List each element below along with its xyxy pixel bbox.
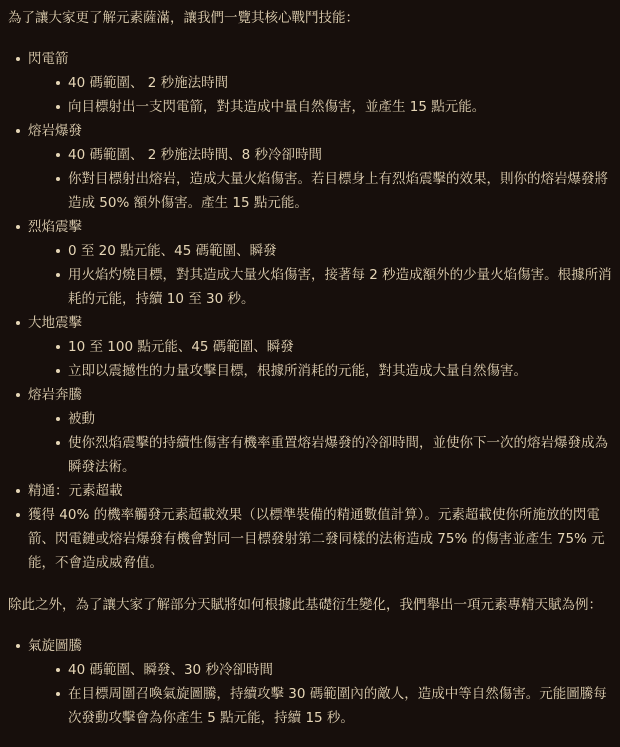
bullet-icon bbox=[56, 153, 60, 157]
mastery-description: 獲得 40% 的機率觸發元素超載效果（以標準裝備的精通數值計算）。元素超載使你所… bbox=[28, 503, 612, 575]
mastery-title: 精通：元素超載 bbox=[28, 479, 612, 503]
skill-item: 閃電箭 40 碼範圍、 2 秒施法時間 向目標射出一支閃電箭，對其造成中量自然傷… bbox=[8, 47, 612, 119]
skill-description: 你對目標射出熔岩，造成大量火焰傷害。若目標身上有烈焰震擊的效果，則你的熔岩爆發將… bbox=[68, 167, 612, 215]
bullet-icon bbox=[16, 57, 20, 61]
bullet-icon bbox=[16, 129, 20, 133]
skill-stats: 40 碼範圍、 2 秒施法時間 bbox=[68, 71, 612, 95]
skill-description: 向目標射出一支閃電箭，對其造成中量自然傷害，並產生 15 點元能。 bbox=[68, 95, 612, 119]
bullet-icon bbox=[56, 177, 60, 181]
skill-description: 立即以震撼性的力量攻擊目標，根據所消耗的元能，對其造成大量自然傷害。 bbox=[68, 359, 612, 383]
talent-name: 氣旋圖騰 bbox=[28, 634, 612, 658]
skill-detail: 40 碼範圍、 2 秒施法時間 bbox=[28, 71, 612, 95]
skill-detail: 立即以震撼性的力量攻擊目標，根據所消耗的元能，對其造成大量自然傷害。 bbox=[28, 359, 612, 383]
bullet-icon bbox=[16, 225, 20, 229]
skill-description: 使你烈焰震擊的持續性傷害有機率重置熔岩爆發的冷卻時間，並使你下一次的熔岩爆發成為… bbox=[68, 431, 612, 479]
skill-name: 熔岩爆發 bbox=[28, 119, 612, 143]
talent-description: 在目標周圍召喚氣旋圖騰，持續攻擊 30 碼範圍內的敵人，造成中等自然傷害。元能圖… bbox=[68, 682, 612, 730]
skill-item: 大地震擊 10 至 100 點元能、45 碼範圍、瞬發 立即以震撼性的力量攻擊目… bbox=[8, 311, 612, 383]
bullet-icon bbox=[56, 81, 60, 85]
skill-item: 烈焰震擊 0 至 20 點元能、45 碼範圍、瞬發 用火焰灼燒目標，對其造成大量… bbox=[8, 215, 612, 311]
skill-details-list: 被動 使你烈焰震擊的持續性傷害有機率重置熔岩爆發的冷卻時間，並使你下一次的熔岩爆… bbox=[28, 407, 612, 479]
skill-stats: 被動 bbox=[68, 407, 612, 431]
talent-details-list: 40 碼範圍、瞬發、30 秒冷卻時間 在目標周圍召喚氣旋圖騰，持續攻擊 30 碼… bbox=[28, 658, 612, 730]
talent-detail: 40 碼範圍、瞬發、30 秒冷卻時間 bbox=[28, 658, 612, 682]
skill-detail: 0 至 20 點元能、45 碼範圍、瞬發 bbox=[28, 239, 612, 263]
talent-stats: 40 碼範圍、瞬發、30 秒冷卻時間 bbox=[68, 658, 612, 682]
bullet-icon bbox=[56, 668, 60, 672]
bullet-icon bbox=[56, 369, 60, 373]
mastery-description-item: 獲得 40% 的機率觸發元素超載效果（以標準裝備的精通數值計算）。元素超載使你所… bbox=[8, 503, 612, 575]
skill-details-list: 0 至 20 點元能、45 碼範圍、瞬發 用火焰灼燒目標，對其造成大量火焰傷害，… bbox=[28, 239, 612, 311]
skill-name: 大地震擊 bbox=[28, 311, 612, 335]
skill-name: 烈焰震擊 bbox=[28, 215, 612, 239]
talent-intro-paragraph: 除此之外，為了讓大家了解部分天賦將如何根據此基礎衍生變化，我們舉出一項元素專精天… bbox=[8, 593, 612, 617]
skill-details-list: 10 至 100 點元能、45 碼範圍、瞬發 立即以震撼性的力量攻擊目標，根據所… bbox=[28, 335, 612, 383]
skill-detail: 40 碼範圍、 2 秒施法時間、8 秒冷卻時間 bbox=[28, 143, 612, 167]
bullet-icon bbox=[16, 321, 20, 325]
skill-item: 熔岩奔騰 被動 使你烈焰震擊的持續性傷害有機率重置熔岩爆發的冷卻時間，並使你下一… bbox=[8, 383, 612, 479]
skill-stats: 10 至 100 點元能、45 碼範圍、瞬發 bbox=[68, 335, 612, 359]
talent-item: 氣旋圖騰 40 碼範圍、瞬發、30 秒冷卻時間 在目標周圍召喚氣旋圖騰，持續攻擊… bbox=[8, 634, 612, 730]
skill-detail: 向目標射出一支閃電箭，對其造成中量自然傷害，並產生 15 點元能。 bbox=[28, 95, 612, 119]
talent-detail: 在目標周圍召喚氣旋圖騰，持續攻擊 30 碼範圍內的敵人，造成中等自然傷害。元能圖… bbox=[28, 682, 612, 730]
core-skills-list: 閃電箭 40 碼範圍、 2 秒施法時間 向目標射出一支閃電箭，對其造成中量自然傷… bbox=[8, 47, 612, 575]
skill-name: 閃電箭 bbox=[28, 47, 612, 71]
skill-detail: 被動 bbox=[28, 407, 612, 431]
skill-detail: 用火焰灼燒目標，對其造成大量火焰傷害，接著每 2 秒造成額外的少量火焰傷害。根據… bbox=[28, 263, 612, 311]
skill-stats: 0 至 20 點元能、45 碼範圍、瞬發 bbox=[68, 239, 612, 263]
mastery-title-item: 精通：元素超載 bbox=[8, 479, 612, 503]
article-body: 為了讓大家更了解元素薩滿，讓我們一覽其核心戰鬥技能： 閃電箭 40 碼範圍、 2… bbox=[0, 0, 620, 730]
talents-list: 氣旋圖騰 40 碼範圍、瞬發、30 秒冷卻時間 在目標周圍召喚氣旋圖騰，持續攻擊… bbox=[8, 634, 612, 730]
bullet-icon bbox=[56, 249, 60, 253]
bullet-icon bbox=[16, 644, 20, 648]
bullet-icon bbox=[56, 273, 60, 277]
bullet-icon bbox=[16, 393, 20, 397]
skill-details-list: 40 碼範圍、 2 秒施法時間、8 秒冷卻時間 你對目標射出熔岩，造成大量火焰傷… bbox=[28, 143, 612, 215]
skill-detail: 你對目標射出熔岩，造成大量火焰傷害。若目標身上有烈焰震擊的效果，則你的熔岩爆發將… bbox=[28, 167, 612, 215]
skill-name: 熔岩奔騰 bbox=[28, 383, 612, 407]
bullet-icon bbox=[56, 441, 60, 445]
bullet-icon bbox=[56, 105, 60, 109]
skill-stats: 40 碼範圍、 2 秒施法時間、8 秒冷卻時間 bbox=[68, 143, 612, 167]
skill-item: 熔岩爆發 40 碼範圍、 2 秒施法時間、8 秒冷卻時間 你對目標射出熔岩，造成… bbox=[8, 119, 612, 215]
skill-detail: 使你烈焰震擊的持續性傷害有機率重置熔岩爆發的冷卻時間，並使你下一次的熔岩爆發成為… bbox=[28, 431, 612, 479]
bullet-icon bbox=[16, 489, 20, 493]
intro-paragraph: 為了讓大家更了解元素薩滿，讓我們一覽其核心戰鬥技能： bbox=[8, 6, 612, 30]
skill-detail: 10 至 100 點元能、45 碼範圍、瞬發 bbox=[28, 335, 612, 359]
bullet-icon bbox=[16, 513, 20, 517]
bullet-icon bbox=[56, 692, 60, 696]
skill-description: 用火焰灼燒目標，對其造成大量火焰傷害，接著每 2 秒造成額外的少量火焰傷害。根據… bbox=[68, 263, 612, 311]
bullet-icon bbox=[56, 417, 60, 421]
bullet-icon bbox=[56, 345, 60, 349]
skill-details-list: 40 碼範圍、 2 秒施法時間 向目標射出一支閃電箭，對其造成中量自然傷害，並產… bbox=[28, 71, 612, 119]
